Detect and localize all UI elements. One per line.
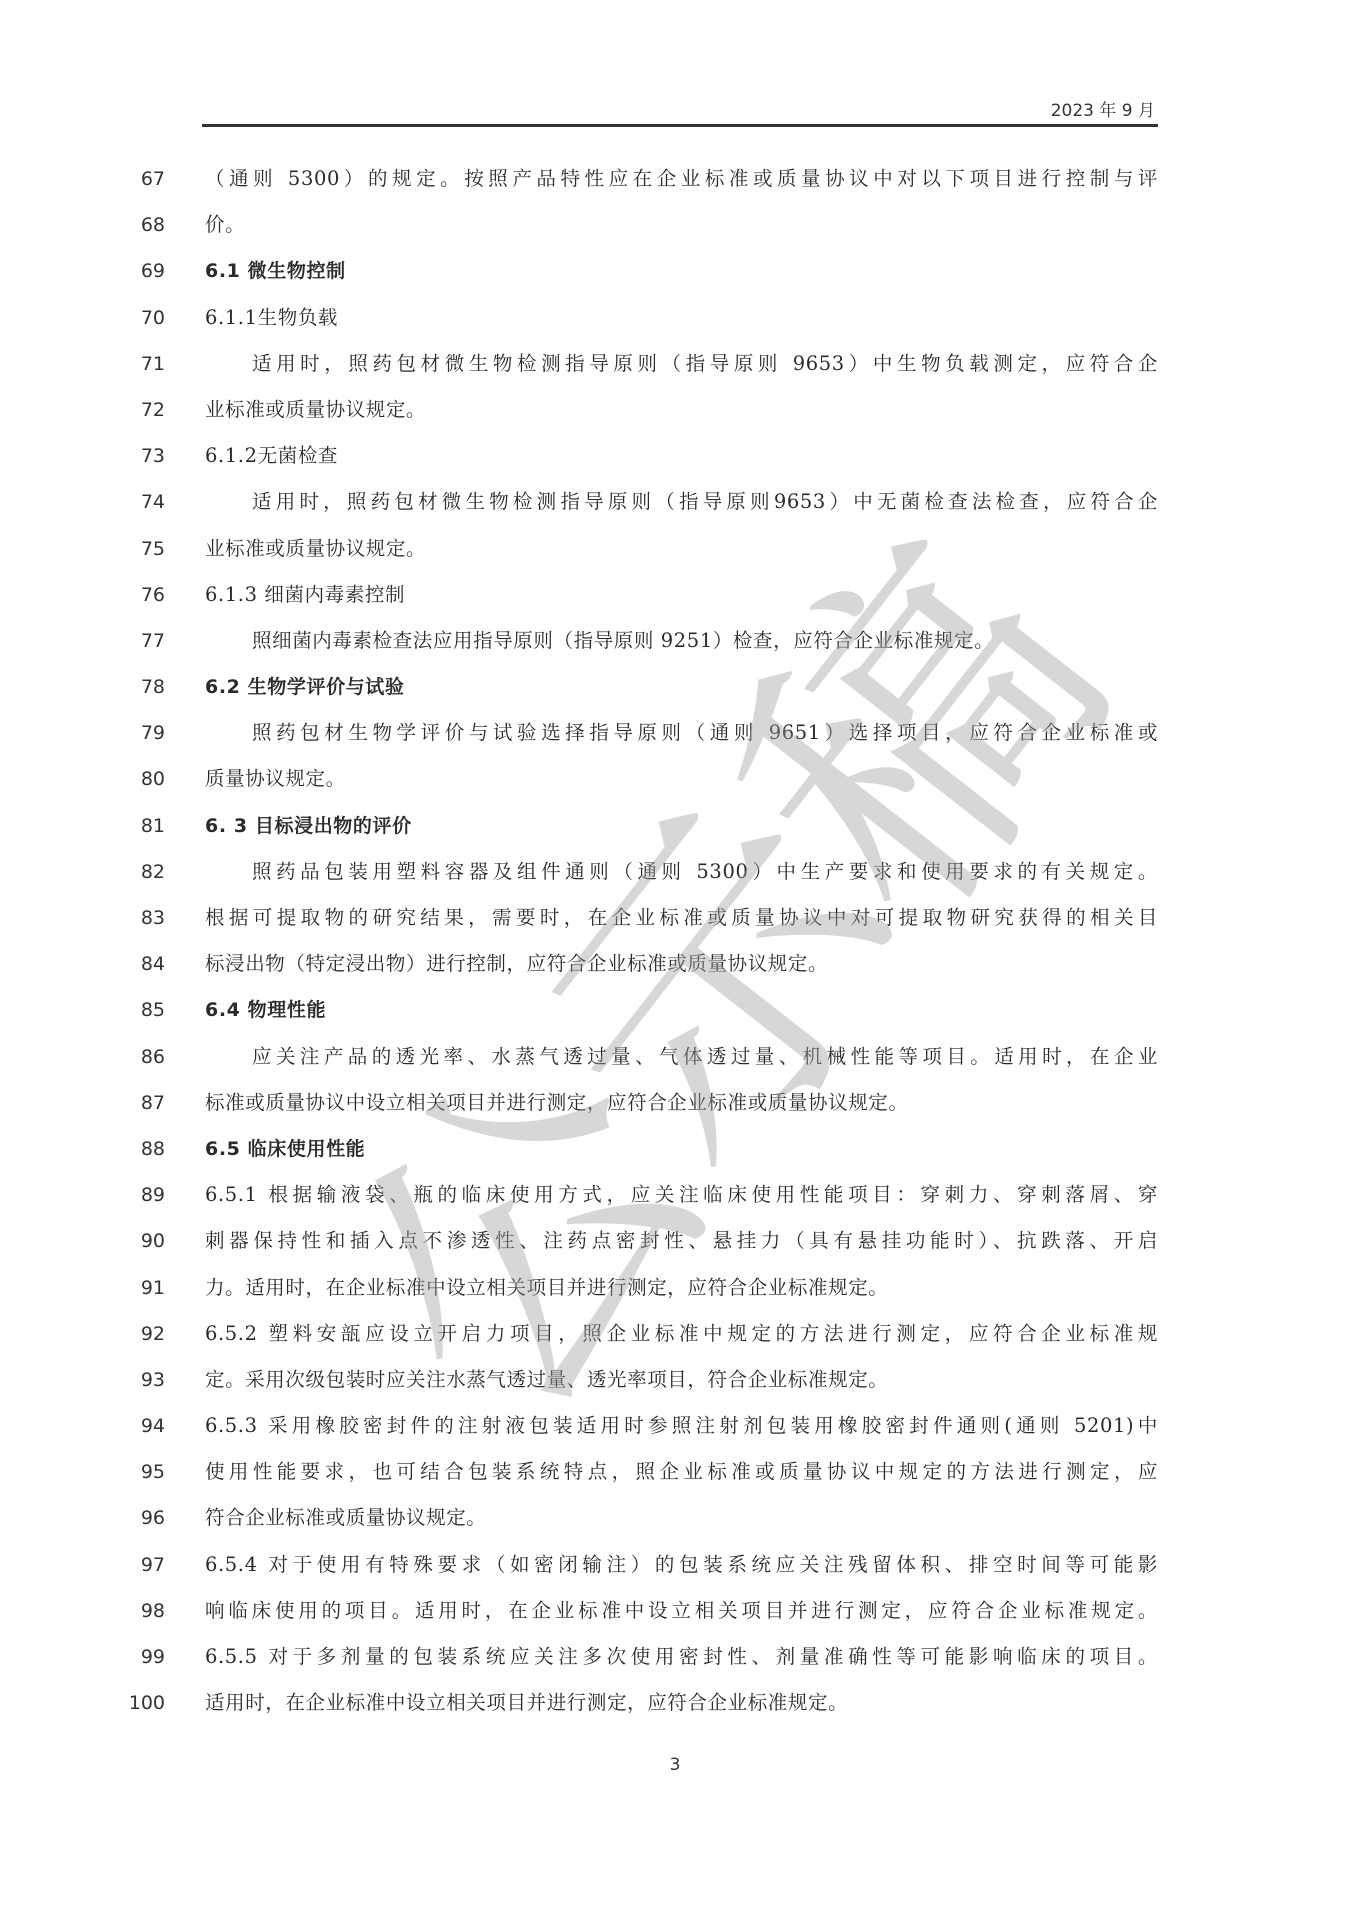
line-number: 72 (120, 387, 165, 433)
line-number: 73 (120, 433, 165, 479)
document-line: 996.5.5 对于多剂量的包装系统应关注多次使用密封性、剂量准确性等可能影响临… (0, 1634, 1350, 1680)
line-number: 98 (120, 1588, 165, 1634)
line-text: 6.5.4 对于使用有特殊要求（如密闭输注）的包装系统应关注残留体积、排空时间等… (205, 1542, 1158, 1588)
line-number: 83 (120, 895, 165, 941)
line-text: 标准或质量协议中设立相关项目并进行测定，应符合企业标准或质量协议规定。 (205, 1080, 1158, 1126)
document-line: 86应关注产品的透光率、水蒸气透过量、气体透过量、机械性能等项目。适用时，在企业 (0, 1034, 1350, 1080)
document-line: 816. 3 目标浸出物的评价 (0, 803, 1350, 849)
document-line: 696.1 微生物控制 (0, 248, 1350, 294)
document-line: 896.5.1 根据输液袋、瓶的临床使用方式，应关注临床使用性能项目：穿刺力、穿… (0, 1172, 1350, 1218)
document-line: 84标浸出物（特定浸出物）进行控制，应符合企业标准或质量协议规定。 (0, 941, 1350, 987)
document-line: 886.5 临床使用性能 (0, 1126, 1350, 1172)
document-body: 67（通则 5300）的规定。按照产品特性应在企业标准或质量协议中对以下项目进行… (0, 156, 1350, 1726)
line-text: （通则 5300）的规定。按照产品特性应在企业标准或质量协议中对以下项目进行控制… (205, 156, 1158, 202)
line-number: 82 (120, 849, 165, 895)
line-number: 69 (120, 248, 165, 294)
line-text: 6.5.3 采用橡胶密封件的注射液包装适用时参照注射剂包装用橡胶密封件通则(通则… (205, 1403, 1158, 1449)
subsection-heading: 6.1.3 细菌内毒素控制 (205, 572, 1158, 618)
line-number: 80 (120, 756, 165, 802)
line-number: 92 (120, 1311, 165, 1357)
line-number: 91 (120, 1265, 165, 1311)
line-text: 适用时，照药包材微生物检测指导原则（指导原则 9653）中生物负载测定，应符合企 (205, 341, 1158, 387)
document-line: 98响临床使用的项目。适用时，在企业标准中设立相关项目并进行测定，应符合企业标准… (0, 1588, 1350, 1634)
line-number: 67 (120, 156, 165, 202)
line-number: 81 (120, 803, 165, 849)
line-text: 标浸出物（特定浸出物）进行控制，应符合企业标准或质量协议规定。 (205, 941, 1158, 987)
section-heading: 6.2 生物学评价与试验 (205, 664, 1158, 710)
line-number: 84 (120, 941, 165, 987)
subsection-heading: 6.1.2无菌检查 (205, 433, 1158, 479)
line-number: 100 (120, 1680, 165, 1726)
line-number: 97 (120, 1542, 165, 1588)
header-date: 2023 年 9 月 (1051, 96, 1155, 121)
document-line: 706.1.1生物负载 (0, 295, 1350, 341)
document-line: 72业标准或质量协议规定。 (0, 387, 1350, 433)
line-number: 78 (120, 664, 165, 710)
line-text: 6.5.1 根据输液袋、瓶的临床使用方式，应关注临床使用性能项目：穿刺力、穿刺落… (205, 1172, 1158, 1218)
document-line: 71适用时，照药包材微生物检测指导原则（指导原则 9653）中生物负载测定，应符… (0, 341, 1350, 387)
line-number: 94 (120, 1403, 165, 1449)
document-line: 100适用时，在企业标准中设立相关项目并进行测定，应符合企业标准规定。 (0, 1680, 1350, 1726)
section-heading: 6.4 物理性能 (205, 987, 1158, 1033)
line-number: 86 (120, 1034, 165, 1080)
line-text: 照药品包装用塑料容器及组件通则（通则 5300）中生产要求和使用要求的有关规定。 (205, 849, 1158, 895)
document-line: 736.1.2无菌检查 (0, 433, 1350, 479)
document-line: 77照细菌内毒素检查法应用指导原则（指导原则 9251）检查，应符合企业标准规定… (0, 618, 1350, 664)
line-number: 96 (120, 1495, 165, 1541)
document-line: 79照药包材生物学评价与试验选择指导原则（通则 9651）选择项目，应符合企业标… (0, 710, 1350, 756)
line-text: 适用时，照药包材微生物检测指导原则（指导原则9653）中无菌检查法检查，应符合企 (205, 479, 1158, 525)
document-line: 95使用性能要求，也可结合包装系统特点，照企业标准或质量协议中规定的方法进行测定… (0, 1449, 1350, 1495)
line-text: 业标准或质量协议规定。 (205, 526, 1158, 572)
document-line: 90刺器保持性和插入点不渗透性、注药点密封性、悬挂力（具有悬挂功能时）、抗跌落、… (0, 1218, 1350, 1264)
line-text: 使用性能要求，也可结合包装系统特点，照企业标准或质量协议中规定的方法进行测定，应 (205, 1449, 1158, 1495)
header-rule (202, 124, 1158, 127)
line-text: 6.5.2 塑料安瓿应设立开启力项目，照企业标准中规定的方法进行测定，应符合企业… (205, 1311, 1158, 1357)
document-line: 93定。采用次级包装时应关注水蒸气透过量、透光率项目，符合企业标准规定。 (0, 1357, 1350, 1403)
line-number: 85 (120, 987, 165, 1033)
line-number: 71 (120, 341, 165, 387)
line-text: 响临床使用的项目。适用时，在企业标准中设立相关项目并进行测定，应符合企业标准规定… (205, 1588, 1158, 1634)
document-line: 91力。适用时，在企业标准中设立相关项目并进行测定，应符合企业标准规定。 (0, 1265, 1350, 1311)
document-line: 67（通则 5300）的规定。按照产品特性应在企业标准或质量协议中对以下项目进行… (0, 156, 1350, 202)
document-line: 82照药品包装用塑料容器及组件通则（通则 5300）中生产要求和使用要求的有关规… (0, 849, 1350, 895)
line-number: 76 (120, 572, 165, 618)
line-number: 70 (120, 295, 165, 341)
page-number: 3 (0, 1755, 1350, 1775)
line-text: 6.5.5 对于多剂量的包装系统应关注多次使用密封性、剂量准确性等可能影响临床的… (205, 1634, 1158, 1680)
line-text: 根据可提取物的研究结果，需要时，在企业标准或质量协议中对可提取物研究获得的相关目 (205, 895, 1158, 941)
section-heading: 6. 3 目标浸出物的评价 (205, 803, 1158, 849)
document-line: 80质量协议规定。 (0, 756, 1350, 802)
line-number: 74 (120, 479, 165, 525)
document-line: 946.5.3 采用橡胶密封件的注射液包装适用时参照注射剂包装用橡胶密封件通则(… (0, 1403, 1350, 1449)
line-number: 77 (120, 618, 165, 664)
line-number: 79 (120, 710, 165, 756)
line-text: 价。 (205, 202, 1158, 248)
line-number: 89 (120, 1172, 165, 1218)
line-text: 力。适用时，在企业标准中设立相关项目并进行测定，应符合企业标准规定。 (205, 1265, 1158, 1311)
document-line: 766.1.3 细菌内毒素控制 (0, 572, 1350, 618)
line-number: 99 (120, 1634, 165, 1680)
line-text: 刺器保持性和插入点不渗透性、注药点密封性、悬挂力（具有悬挂功能时）、抗跌落、开启 (205, 1218, 1158, 1264)
line-number: 87 (120, 1080, 165, 1126)
line-text: 符合企业标准或质量协议规定。 (205, 1495, 1158, 1541)
document-line: 976.5.4 对于使用有特殊要求（如密闭输注）的包装系统应关注残留体积、排空时… (0, 1542, 1350, 1588)
line-text: 业标准或质量协议规定。 (205, 387, 1158, 433)
section-heading: 6.5 临床使用性能 (205, 1126, 1158, 1172)
document-line: 87标准或质量协议中设立相关项目并进行测定，应符合企业标准或质量协议规定。 (0, 1080, 1350, 1126)
line-text: 应关注产品的透光率、水蒸气透过量、气体透过量、机械性能等项目。适用时，在企业 (205, 1034, 1158, 1080)
line-number: 93 (120, 1357, 165, 1403)
document-line: 926.5.2 塑料安瓿应设立开启力项目，照企业标准中规定的方法进行测定，应符合… (0, 1311, 1350, 1357)
line-number: 88 (120, 1126, 165, 1172)
line-number: 90 (120, 1218, 165, 1264)
document-line: 68价。 (0, 202, 1350, 248)
document-line: 83根据可提取物的研究结果，需要时，在企业标准或质量协议中对可提取物研究获得的相… (0, 895, 1350, 941)
line-text: 定。采用次级包装时应关注水蒸气透过量、透光率项目，符合企业标准规定。 (205, 1357, 1158, 1403)
line-number: 95 (120, 1449, 165, 1495)
line-text: 照药包材生物学评价与试验选择指导原则（通则 9651）选择项目，应符合企业标准或 (205, 710, 1158, 756)
line-number: 75 (120, 526, 165, 572)
line-number: 68 (120, 202, 165, 248)
document-line: 96符合企业标准或质量协议规定。 (0, 1495, 1350, 1541)
line-text: 适用时，在企业标准中设立相关项目并进行测定，应符合企业标准规定。 (205, 1680, 1158, 1726)
section-heading: 6.1 微生物控制 (205, 248, 1158, 294)
document-line: 75业标准或质量协议规定。 (0, 526, 1350, 572)
line-text: 质量协议规定。 (205, 756, 1158, 802)
line-text: 照细菌内毒素检查法应用指导原则（指导原则 9251）检查，应符合企业标准规定。 (205, 618, 1158, 664)
document-line: 786.2 生物学评价与试验 (0, 664, 1350, 710)
document-line: 856.4 物理性能 (0, 987, 1350, 1033)
subsection-heading: 6.1.1生物负载 (205, 295, 1158, 341)
document-line: 74适用时，照药包材微生物检测指导原则（指导原则9653）中无菌检查法检查，应符… (0, 479, 1350, 525)
